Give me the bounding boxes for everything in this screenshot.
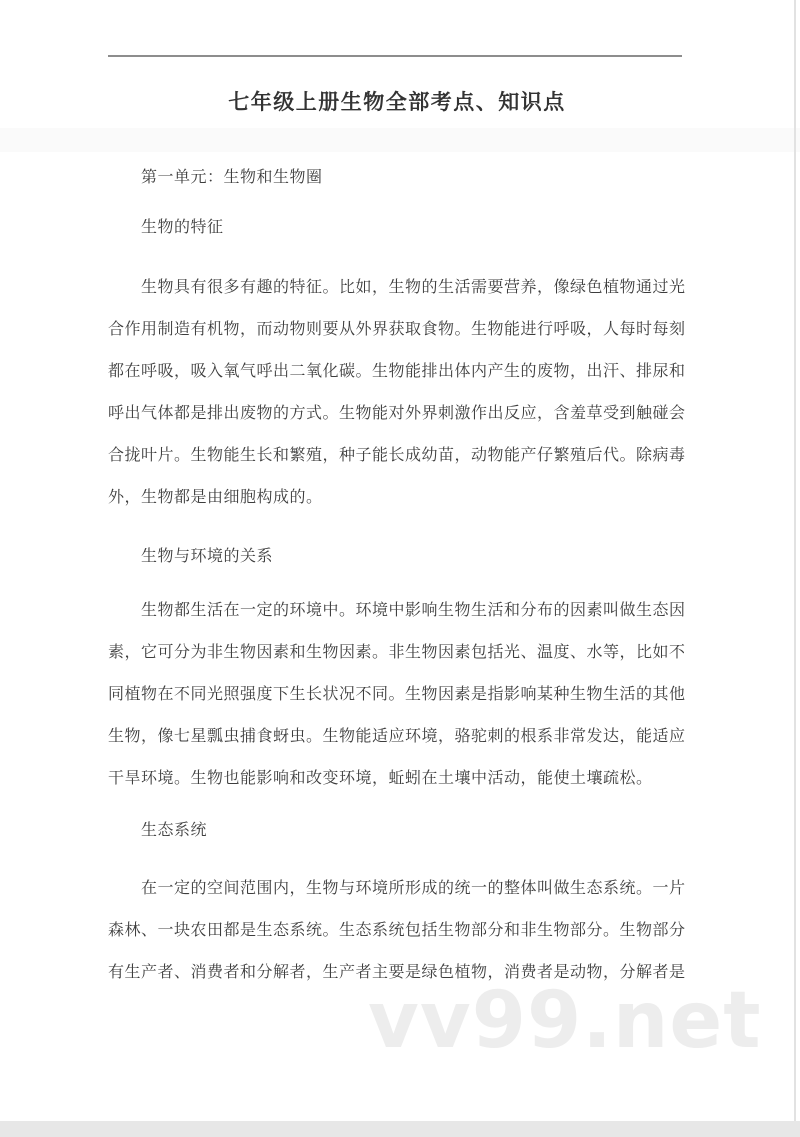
section-heading-biology-environment: 生物与环境的关系 [141,546,273,568]
paragraph-line: 素，它可分为非生物因素和生物因素。非生物因素包括光、温度、水等，比如不 [108,632,708,674]
paragraph-line: 生物，像七星瓢虫捕食蚜虫。生物能适应环境，骆驼刺的根系非常发达，能适应 [108,716,708,758]
section-heading-ecosystem: 生态系统 [141,820,207,842]
unit-heading: 第一单元：生物和生物圈 [141,167,323,189]
paragraph-line: 外，生物都是由细胞构成的。 [108,477,708,519]
paragraph-line: 合拢叶片。生物能生长和繁殖，种子能长成幼苗，动物能产仔繁殖后代。除病毒 [108,435,708,477]
section-heading-biology-features: 生物的特征 [141,217,224,239]
paragraph-biology-features: 生物具有很多有趣的特征。比如，生物的生活需要营养，像绿色植物通过光 合作用制造有… [108,267,708,519]
paragraph-line: 森林、一块农田都是生态系统。生态系统包括生物部分和非生物部分。生物部分 [108,910,708,952]
document-page: 七年级上册生物全部考点、知识点 第一单元：生物和生物圈 生物的特征 生物具有很多… [0,0,794,1121]
page-right-edge [794,0,796,1121]
paragraph-line: 生物都生活在一定的环境中。环境中影响生物生活和分布的因素叫做生态因 [108,590,708,632]
paragraph-biology-environment: 生物都生活在一定的环境中。环境中影响生物生活和分布的因素叫做生态因 素，它可分为… [108,590,708,800]
paragraph-line: 呼出气体都是排出废物的方式。生物能对外界刺激作出反应，含羞草受到触碰会 [108,393,708,435]
paragraph-line: 合作用制造有机物，而动物则要从外界获取食物。生物能进行呼吸，人每时每刻 [108,309,708,351]
paragraph-line: 生物具有很多有趣的特征。比如，生物的生活需要营养，像绿色植物通过光 [108,267,708,309]
paragraph-line: 都在呼吸，吸入氧气呼出二氧化碳。生物能排出体内产生的废物，出汗、排尿和 [108,351,708,393]
page-bottom-edge [0,1121,800,1137]
paragraph-line: 在一定的空间范围内，生物与环境所形成的统一的整体叫做生态系统。一片 [108,868,708,910]
header-rule [108,55,682,57]
site-watermark: vv99.net [368,982,762,1060]
background-band [0,128,800,152]
document-title: 七年级上册生物全部考点、知识点 [0,88,794,118]
document-viewport: 七年级上册生物全部考点、知识点 第一单元：生物和生物圈 生物的特征 生物具有很多… [0,0,800,1137]
paragraph-line: 同植物在不同光照强度下生长状况不同。生物因素是指影响某种生物生活的其他 [108,674,708,716]
paragraph-line: 干旱环境。生物也能影响和改变环境，蚯蚓在土壤中活动，能使土壤疏松。 [108,758,708,800]
